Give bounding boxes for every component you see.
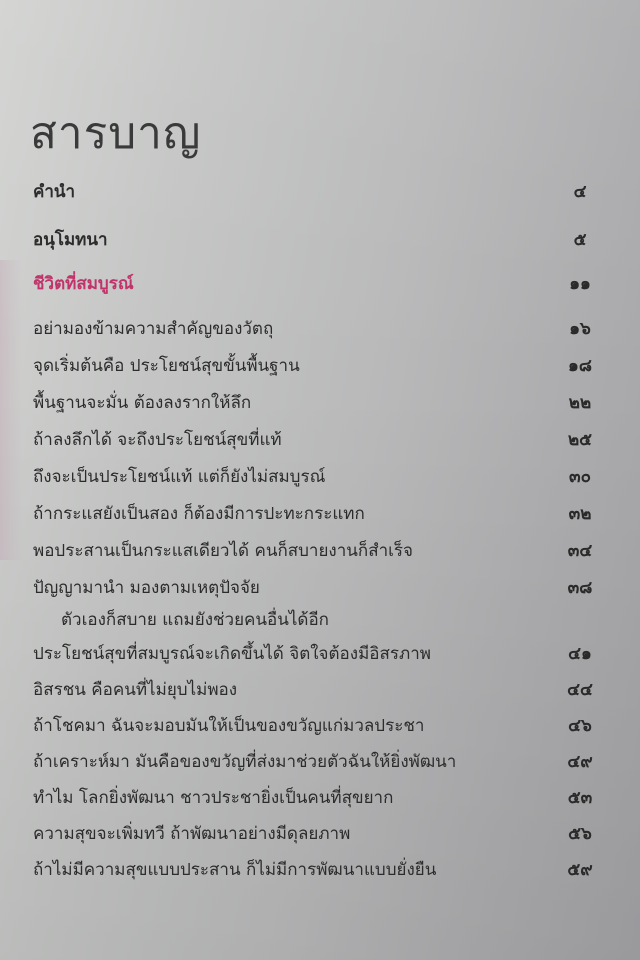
- toc-entry[interactable]: พอประสานเป็นกระแสเดียวได้ คนก็สบายงานก็ส…: [33, 535, 608, 565]
- toc-page-number: ๑๑: [552, 270, 608, 297]
- toc-page-number: ๓๔: [552, 537, 608, 564]
- toc-entry-label: คำนำ: [33, 178, 75, 205]
- toc-entry-label: ความสุขจะเพิ่มทวี ถ้าพัฒนาอย่างมีดุลยภาพ: [33, 820, 350, 847]
- toc-entry[interactable]: ถ้ากระแสยังเป็นสอง ก็ต้องมีการปะทะกระแทก…: [33, 498, 608, 528]
- page-title: สารบาญ: [30, 98, 201, 168]
- toc-page-number: ๒๒: [552, 389, 608, 416]
- toc-page-number: ๑๖: [552, 315, 608, 342]
- toc-entry[interactable]: ถ้าไม่มีความสุขแบบประสาน ก็ไม่มีการพัฒนา…: [33, 854, 608, 884]
- toc-entry-label: ถ้าโชคมา ฉันจะมอบมันให้เป็นของขวัญแก่มวล…: [33, 712, 424, 739]
- binding-edge: [0, 260, 22, 560]
- toc-entry[interactable]: จุดเริ่มต้นคือ ประโยชน์สุขขั้นพื้นฐาน ๑๘: [33, 350, 608, 380]
- toc-entry-label: ประโยชน์สุขที่สมบูรณ์จะเกิดขึ้นได้ จิตใจ…: [33, 640, 431, 667]
- toc-entry[interactable]: พื้นฐานจะมั่น ต้องลงรากให้ลึก ๒๒: [33, 387, 608, 417]
- toc-entry-label: ตัวเองก็สบาย แถมยังช่วยคนอื่นได้อีก: [33, 606, 329, 633]
- toc-entry[interactable]: ประโยชน์สุขที่สมบูรณ์จะเกิดขึ้นได้ จิตใจ…: [33, 638, 608, 668]
- toc-page-number: ๕๙: [552, 856, 608, 883]
- toc-entry-label: ทำไม โลกยิ่งพัฒนา ชาวประชายิ่งเป็นคนที่ส…: [33, 784, 393, 811]
- toc-page-number: ๒๕: [552, 426, 608, 453]
- toc-entry-label: ปัญญามานำ มองตามเหตุปัจจัย: [33, 574, 260, 601]
- toc-entry-label: อนุโมทนา: [33, 226, 108, 253]
- toc-entry[interactable]: ถ้าโชคมา ฉันจะมอบมันให้เป็นของขวัญแก่มวล…: [33, 710, 608, 740]
- toc-page-number: ๔๖: [552, 712, 608, 739]
- toc-entry[interactable]: ถึงจะเป็นประโยชน์แท้ แต่ก็ยังไม่สมบูรณ์ …: [33, 461, 608, 491]
- toc-entry[interactable]: ความสุขจะเพิ่มทวี ถ้าพัฒนาอย่างมีดุลยภาพ…: [33, 818, 608, 848]
- toc-entry-label: อย่ามองข้ามความสำคัญของวัตถุ: [33, 315, 273, 342]
- toc-entry[interactable]: ปัญญามานำ มองตามเหตุปัจจัย ๓๘: [33, 572, 608, 602]
- toc-entry-label: ถ้ากระแสยังเป็นสอง ก็ต้องมีการปะทะกระแทก: [33, 500, 365, 527]
- toc-page-number: ๔: [552, 178, 608, 205]
- toc-page-number: ๓๘: [552, 574, 608, 601]
- toc-page-number: ๕๖: [552, 820, 608, 847]
- toc-entry-label: ถ้าไม่มีความสุขแบบประสาน ก็ไม่มีการพัฒนา…: [33, 856, 436, 883]
- toc-entry-label: จุดเริ่มต้นคือ ประโยชน์สุขขั้นพื้นฐาน: [33, 352, 300, 379]
- toc-entry[interactable]: อย่ามองข้ามความสำคัญของวัตถุ ๑๖: [33, 313, 608, 343]
- toc-entry[interactable]: ถ้าลงลึกได้ จะถึงประโยชน์สุขที่แท้ ๒๕: [33, 424, 608, 454]
- toc-page-number: ๓๐: [552, 463, 608, 490]
- toc-page-number: ๓๒: [552, 500, 608, 527]
- toc-entry-label: ถ้าลงลึกได้ จะถึงประโยชน์สุขที่แท้: [33, 426, 282, 453]
- toc-page-number: ๕: [552, 226, 608, 253]
- toc-page-number: ๔๑: [552, 640, 608, 667]
- toc-entry[interactable]: ถ้าเคราะห์มา มันคือของขวัญที่ส่งมาช่วยตั…: [33, 746, 608, 776]
- toc-entry-label: พื้นฐานจะมั่น ต้องลงรากให้ลึก: [33, 389, 251, 416]
- toc-page-number: ๑๘: [552, 352, 608, 379]
- toc-section-heading[interactable]: ชีวิตที่สมบูรณ์ ๑๑: [33, 268, 608, 298]
- toc-entry[interactable]: ทำไม โลกยิ่งพัฒนา ชาวประชายิ่งเป็นคนที่ส…: [33, 782, 608, 812]
- toc-entry-preface[interactable]: คำนำ ๔: [33, 176, 608, 206]
- toc-section-label: ชีวิตที่สมบูรณ์: [33, 270, 134, 297]
- toc-entry-label: ถึงจะเป็นประโยชน์แท้ แต่ก็ยังไม่สมบูรณ์: [33, 463, 325, 490]
- toc-entry[interactable]: อิสรชน คือคนที่ไม่ยุบไม่พอง ๔๔: [33, 674, 608, 704]
- toc-entry-label: อิสรชน คือคนที่ไม่ยุบไม่พอง: [33, 676, 237, 703]
- toc-entry-label: ถ้าเคราะห์มา มันคือของขวัญที่ส่งมาช่วยตั…: [33, 748, 456, 775]
- toc-entry-label: พอประสานเป็นกระแสเดียวได้ คนก็สบายงานก็ส…: [33, 537, 413, 564]
- toc-page-number: ๔๔: [552, 676, 608, 703]
- toc-page-number: ๔๙: [552, 748, 608, 775]
- toc-entry-continuation: ตัวเองก็สบาย แถมยังช่วยคนอื่นได้อีก: [33, 604, 608, 634]
- toc-page-number: ๕๓: [552, 784, 608, 811]
- toc-entry-anumodana[interactable]: อนุโมทนา ๕: [33, 224, 608, 254]
